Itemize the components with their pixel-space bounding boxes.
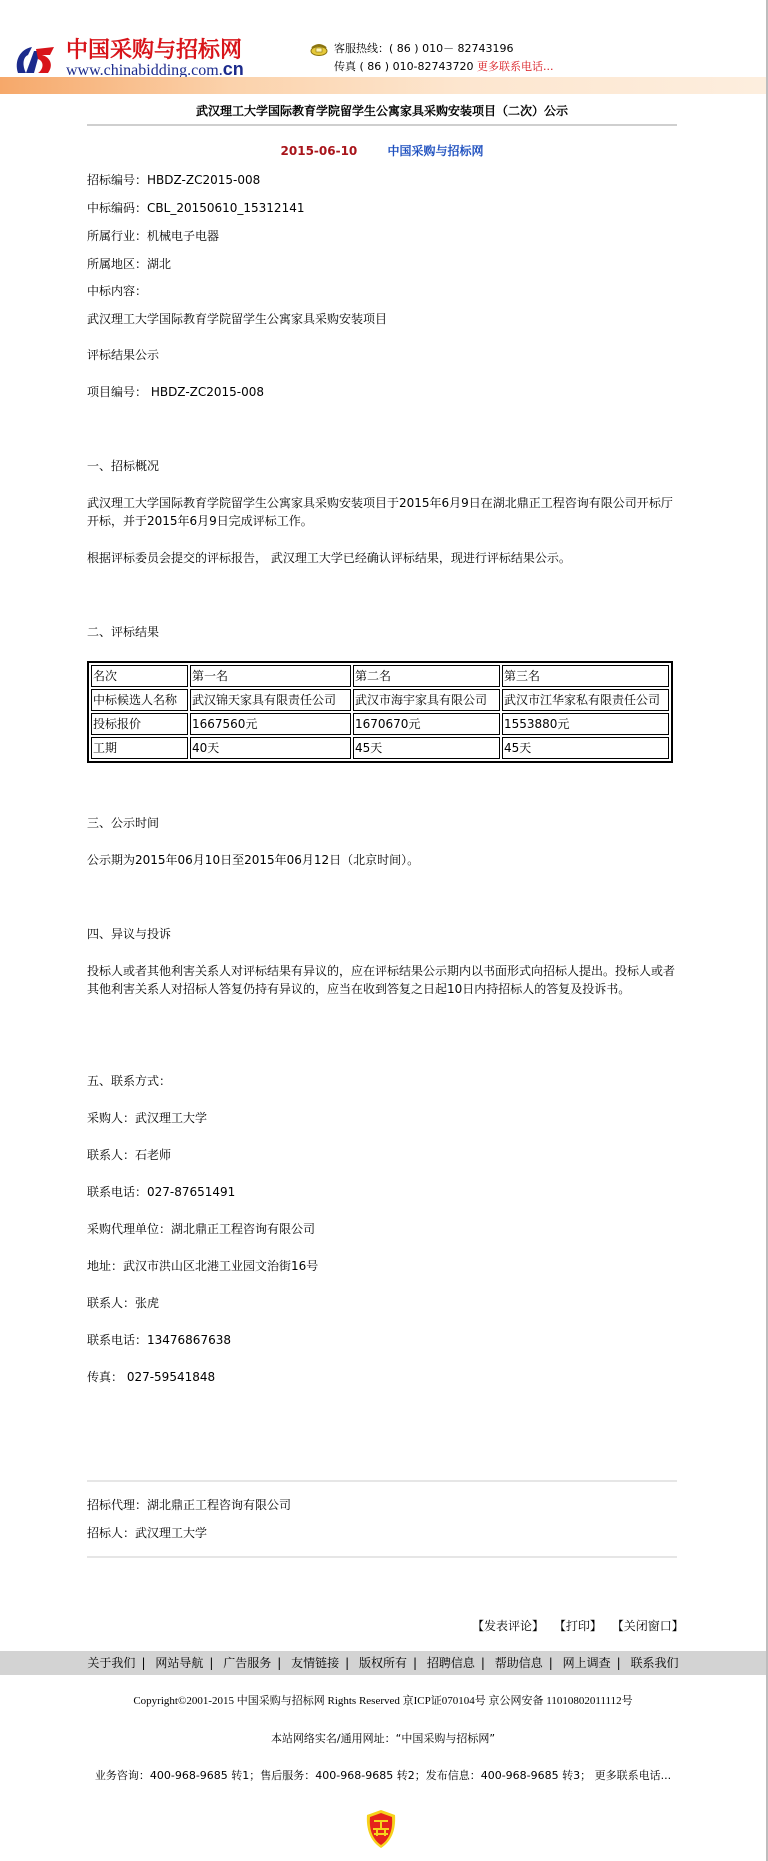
table-row: 中标候选人名称 武汉锦天家具有限责任公司 武汉市海宇家具有限公司 武汉市江华家私…	[91, 689, 669, 711]
nav-separator: |	[549, 1656, 553, 1670]
contact-agency: 采购代理单位：湖北鼎正工程咨询有限公司	[87, 1220, 315, 1238]
nav-separator: |	[209, 1656, 213, 1670]
table-cell: 投标报价	[91, 713, 188, 735]
contact-person-1: 联系人：石老师	[87, 1146, 171, 1164]
section-1-paragraph-2: 根据评标委员会提交的评标报告， 武汉理工大学已经确认评标结果，现进行评标结果公示…	[87, 549, 571, 567]
field-label: 招标编号：	[87, 173, 147, 187]
police-badge-icon[interactable]	[364, 1809, 398, 1849]
table-cell: 1667560元	[190, 713, 351, 735]
contact-purchaser: 采购人：武汉理工大学	[87, 1109, 207, 1127]
table-cell: 武汉锦天家具有限责任公司	[190, 689, 351, 711]
table-cell: 1553880元	[502, 713, 669, 735]
field-region: 所属地区：湖北	[87, 255, 171, 273]
result-heading: 评标结果公示	[87, 346, 159, 364]
footer-link-survey[interactable]: 网上调查	[563, 1656, 611, 1670]
field-value: 机械电子电器	[147, 229, 219, 243]
table-row: 工期 40天 45天 45天	[91, 737, 669, 759]
field-tender-no: 招标编号：HBDZ-ZC2015-008	[87, 171, 260, 189]
business-phones: 业务咨询：400-968-9685 转1；售后服务：400-968-9685 转…	[95, 1769, 591, 1782]
more-contacts-link[interactable]: 更多联系电话...	[477, 60, 554, 73]
section-1-heading: 一、招标概况	[87, 457, 159, 475]
table-cell: 45天	[353, 737, 500, 759]
print-button[interactable]: 【打印】	[554, 1619, 602, 1633]
logo-mark-icon	[14, 43, 58, 77]
footer-link-jobs[interactable]: 招聘信息	[427, 1656, 475, 1670]
business-contacts: 业务咨询：400-968-9685 转1；售后服务：400-968-9685 转…	[0, 1767, 766, 1783]
divider	[87, 1480, 677, 1482]
results-table: 名次 第一名 第二名 第三名 中标候选人名称 武汉锦天家具有限责任公司 武汉市海…	[87, 661, 673, 763]
contact-person-2: 联系人：张虎	[87, 1294, 159, 1312]
realname-notice: 本站网络实名/通用网址：“中国采购与招标网”	[0, 1730, 766, 1746]
table-cell: 第二名	[353, 665, 500, 687]
nav-separator: |	[481, 1656, 485, 1670]
contact-phone-2: 联系电话：13476867638	[87, 1331, 231, 1349]
table-cell: 工期	[91, 737, 188, 759]
article-source: 中国采购与招标网	[387, 144, 483, 158]
article-actions: 【发表评论】 【打印】 【关闭窗口】	[466, 1617, 684, 1634]
field-value: CBL_20150610_15312141	[147, 201, 304, 215]
close-window-button[interactable]: 【关闭窗口】	[612, 1619, 684, 1633]
phone-icon	[310, 42, 328, 56]
copyright-suffix: Rights Reserved 京ICP证070104号 京公网安备 11010…	[325, 1695, 633, 1707]
table-cell: 武汉市海宇家具有限公司	[353, 689, 500, 711]
footer-link-copyright[interactable]: 版权所有	[359, 1656, 407, 1670]
site-header: 中国采购与招标网 www.chinabidding.com.cn 客服热线：( …	[0, 0, 766, 96]
field-label: 中标编码：	[87, 201, 147, 215]
fax-number: 传真 ( 86 ) 010-82743720	[334, 60, 474, 73]
section-3-paragraph: 公示期为2015年06月10日至2015年06月12日（北京时间）。	[87, 851, 419, 869]
table-row: 名次 第一名 第二名 第三名	[91, 665, 669, 687]
section-5-heading: 五、联系方式：	[87, 1072, 171, 1090]
nav-separator: |	[345, 1656, 349, 1670]
section-1-paragraph-1: 武汉理工大学国际教育学院留学生公寓家具采购安装项目于2015年6月9日在湖北鼎正…	[87, 494, 677, 530]
field-value: HBDZ-ZC2015-008	[147, 173, 260, 187]
section-2-heading: 二、评标结果	[87, 623, 159, 641]
table-row: 投标报价 1667560元 1670670元 1553880元	[91, 713, 669, 735]
tenderer: 招标人：武汉理工大学	[87, 1524, 207, 1542]
field-award-content: 中标内容：	[87, 282, 147, 300]
article-meta: 2015-06-10 中国采购与招标网	[87, 142, 677, 159]
field-value: 湖北	[147, 257, 171, 271]
comment-button[interactable]: 【发表评论】	[472, 1619, 544, 1633]
copyright-site-name: 中国采购与招标网	[237, 1694, 325, 1707]
contact-phone-1: 联系电话：027-87651491	[87, 1183, 235, 1201]
footer-nav: 关于我们| 网站导航| 广告服务| 友情链接| 版权所有| 招聘信息| 帮助信息…	[0, 1651, 766, 1675]
logo-url-suffix: cn	[223, 59, 244, 79]
more-contacts-footer-link[interactable]: 更多联系电话...	[591, 1769, 671, 1782]
field-label: 所属地区：	[87, 257, 147, 271]
logo-title: 中国采购与招标网	[66, 40, 242, 62]
field-label: 中标内容：	[87, 284, 147, 298]
copyright: Copyright©2001-2015 中国采购与招标网 Rights Rese…	[0, 1692, 766, 1708]
footer-link-contact[interactable]: 联系我们	[631, 1656, 679, 1670]
title-divider	[87, 124, 677, 126]
nav-separator: |	[141, 1656, 145, 1670]
hotline-number: 客服热线：( 86 ) 010－ 82743196	[334, 40, 514, 58]
field-industry: 所属行业：机械电子电器	[87, 227, 219, 245]
header-band	[0, 77, 766, 94]
nav-separator: |	[277, 1656, 281, 1670]
footer-link-help[interactable]: 帮助信息	[495, 1656, 543, 1670]
fax-row: 传真 ( 86 ) 010-82743720 更多联系电话...	[334, 58, 554, 76]
copyright-prefix: Copyright©2001-2015	[133, 1695, 236, 1707]
page-title: 武汉理工大学国际教育学院留学生公寓家具采购安装项目（二次）公示	[87, 100, 677, 122]
table-cell: 中标候选人名称	[91, 689, 188, 711]
field-label: 所属行业：	[87, 229, 147, 243]
section-4-paragraph: 投标人或者其他利害关系人对评标结果有异议的，应在评标结果公示期内以书面形式向招标…	[87, 962, 677, 998]
nav-separator: |	[413, 1656, 417, 1670]
divider	[87, 1556, 677, 1558]
footer-link-about[interactable]: 关于我们	[87, 1656, 135, 1670]
section-3-heading: 三、公示时间	[87, 814, 159, 832]
table-cell: 45天	[502, 737, 669, 759]
site-logo[interactable]: 中国采购与招标网 www.chinabidding.com.cn	[14, 40, 270, 80]
nav-separator: |	[617, 1656, 621, 1670]
publish-date: 2015-06-10	[281, 144, 358, 158]
field-award-code: 中标编码：CBL_20150610_15312141	[87, 199, 304, 217]
table-cell: 武汉市江华家私有限责任公司	[502, 689, 669, 711]
project-number: 项目编号： HBDZ-ZC2015-008	[87, 383, 264, 401]
table-cell: 名次	[91, 665, 188, 687]
contact-address: 地址：武汉市洪山区北港工业园文治街16号	[87, 1257, 318, 1275]
table-cell: 第三名	[502, 665, 669, 687]
project-name: 武汉理工大学国际教育学院留学生公寓家具采购安装项目	[87, 310, 387, 328]
table-cell: 40天	[190, 737, 351, 759]
table-cell: 1670670元	[353, 713, 500, 735]
table-cell: 第一名	[190, 665, 351, 687]
tender-agent: 招标代理：湖北鼎正工程咨询有限公司	[87, 1496, 291, 1514]
footer-link-ads[interactable]: 广告服务	[223, 1656, 271, 1670]
footer-link-friends[interactable]: 友情链接	[291, 1656, 339, 1670]
footer-link-sitemap[interactable]: 网站导航	[155, 1656, 203, 1670]
contact-fax: 传真： 027-59541848	[87, 1368, 215, 1386]
section-4-heading: 四、异议与投诉	[87, 925, 171, 943]
